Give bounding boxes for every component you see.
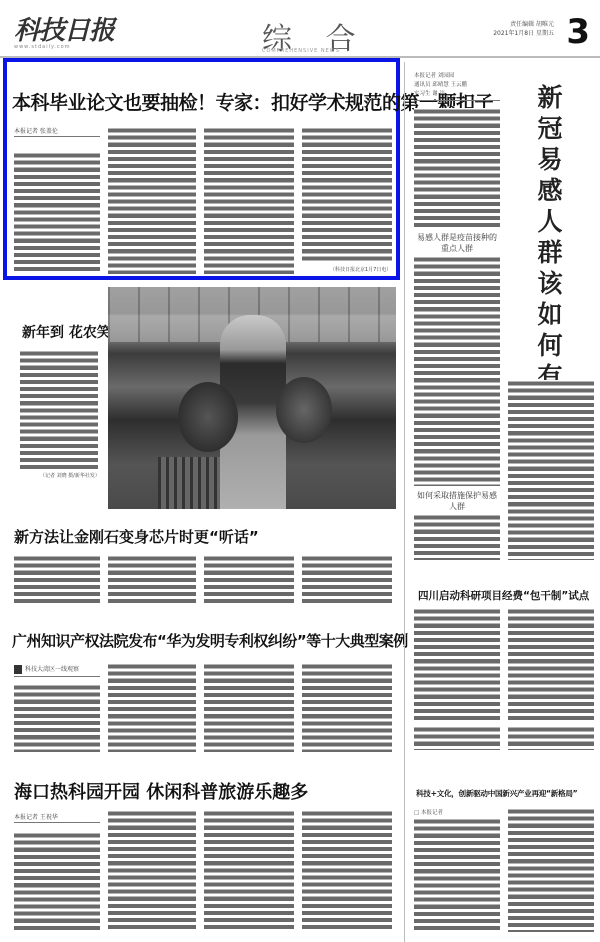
haikou-column-3	[204, 810, 294, 932]
covid-subhead-1: 易感人群是疫苗接种的重点人群	[414, 232, 500, 254]
lead-column-4	[302, 127, 392, 262]
covid-credits-rule	[414, 100, 500, 101]
sichuan-headline[interactable]: 四川启动科研项目经费“包干制”试点	[418, 588, 589, 603]
lead-column-3	[204, 127, 294, 274]
sichuan-column-1	[414, 608, 500, 720]
covid-column-1c	[414, 514, 500, 560]
sichuan-column-2-end	[508, 726, 594, 750]
date-line: 2021年1月8日 星期五	[493, 29, 554, 38]
column-tag-label: 科技大湾区一线观察	[25, 666, 79, 673]
column-tag: 科技大湾区一线观察	[14, 664, 79, 674]
covid-credits: 本报记者 刘园园 通讯员 邱晴慧 王云鹏 实习生 谢 洁	[414, 72, 467, 99]
photo-caption-text	[20, 350, 98, 470]
tech-culture-byline: □ 本报记者	[414, 808, 443, 816]
credit-line: 实习生 谢 洁	[414, 90, 467, 99]
flower-farmer-photo	[108, 287, 396, 509]
credit-line: 本报记者 刘园园	[414, 72, 467, 81]
flower-pot-left	[178, 382, 238, 452]
diamond-column-2	[108, 555, 196, 605]
photo-credit: （记者 刘晓 摄/新华社发）	[40, 472, 100, 479]
tech-culture-column-2	[508, 808, 594, 932]
credit-line: 通讯员 邱晴慧 王云鹏	[414, 81, 467, 90]
lead-footer: （科技日报北京1月7日电）	[330, 266, 391, 273]
tag-block-icon	[14, 665, 22, 674]
page-number: 3	[566, 12, 590, 52]
diamond-column-4	[302, 555, 392, 605]
diamond-headline[interactable]: 新方法让金刚石变身芯片时更“听话”	[14, 526, 259, 547]
guangzhou-column-4	[302, 663, 392, 752]
tech-culture-column-1	[414, 818, 500, 932]
editor-line: 责任编辑 胡唯元	[493, 20, 554, 29]
covid-column-1b	[414, 256, 500, 486]
sichuan-column-1-end	[414, 726, 500, 750]
diamond-column-1	[14, 555, 100, 605]
haikou-byline-rule	[14, 822, 100, 823]
guangzhou-column-1	[14, 684, 100, 752]
haikou-column-2	[108, 810, 196, 932]
covid-column-1a	[414, 108, 500, 228]
haikou-headline[interactable]: 海口热科园开园 休闲科普旅游乐趣多	[14, 778, 308, 804]
haikou-column-4	[302, 810, 392, 932]
plant-bench	[158, 457, 228, 509]
flower-pot-right	[276, 377, 332, 443]
section-subtitle: COMPREHENSIVE NEWS	[262, 48, 340, 54]
lead-column-2	[108, 127, 196, 274]
photo-feature-headline[interactable]: 新年到 花农笑	[22, 322, 111, 342]
newspaper-url: www.stdaily.com	[14, 44, 71, 50]
byline-rule	[14, 136, 100, 137]
newspaper-logo: 科技日报	[14, 10, 114, 47]
lead-column-1	[14, 152, 100, 274]
lead-byline: 本报记者 张盖伦	[14, 126, 58, 135]
guangzhou-column-3	[204, 663, 294, 752]
guangzhou-headline[interactable]: 广州知识产权法院发布“华为发明专利权纠纷”等十大典型案例	[12, 630, 408, 651]
tag-rule	[14, 676, 100, 677]
diamond-column-3	[204, 555, 294, 605]
haikou-column-1	[14, 832, 100, 932]
covid-column-2	[508, 380, 594, 560]
haikou-byline: 本报记者 王祝华	[14, 812, 58, 821]
page-info: 责任编辑 胡唯元 2021年1月8日 星期五	[493, 20, 554, 38]
guangzhou-column-2	[108, 663, 196, 752]
sichuan-column-2	[508, 608, 594, 720]
covid-subhead-2: 如何采取措施保护易感人群	[414, 490, 500, 512]
tech-culture-headline[interactable]: 科技+文化，创新驱动中国新兴产业再迎“新格局”	[416, 788, 577, 799]
column-divider	[404, 62, 405, 942]
